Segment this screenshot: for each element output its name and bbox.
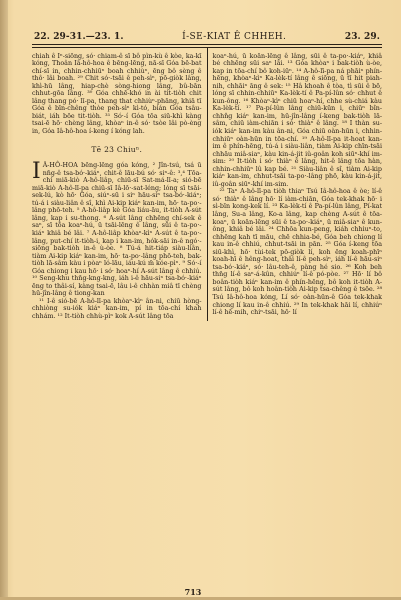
running-head-right-reference: 23. 29.	[345, 32, 380, 42]
drop-cap: I	[32, 163, 41, 181]
verse-paragraph-23-22: ²² Taⁿ A-hô-lī-pa tiòh thiaⁿ Tsú Iâ-hô-h…	[213, 188, 383, 316]
book-spine-shadow	[0, 0, 8, 600]
running-head-left-reference: 22. 29-31.—23. 1.	[34, 32, 124, 42]
verse-paragraph-23-11: ¹¹ I-ê sió-bē A-hô-lī-pa khòaⁿ-kìⁿ ân-ni…	[32, 298, 202, 321]
verse-paragraph-22-28: chiah ê Iⁿ-siōng, só· chiam-ê sī bô pìn-…	[32, 53, 202, 136]
chapter-heading: Tē 23 Chiuⁿ.	[32, 146, 202, 154]
left-column: chiah ê Iⁿ-siōng, só· chiam-ê sī bô pìn-…	[32, 48, 207, 321]
right-column: koaⁿ-hú, ū koān-lēng ê lâng, sūi ê ta-po…	[207, 48, 383, 321]
verse-paragraph-23-12: koaⁿ-hú, ū koān-lēng ê lâng, sūi ê ta-po…	[213, 53, 383, 189]
running-head-book-title: Í-SE-KIAT Ê CHHEH.	[182, 32, 286, 42]
chapter-23-opening: IÂ-HÔ-HOA bēng-lēng góa kóng, ² Jîn-tsú,…	[32, 162, 202, 298]
bible-page: 22. 29-31.—23. 1. Í-SE-KIAT Ê CHHEH. 23.…	[32, 32, 382, 321]
running-head: 22. 29-31.—23. 1. Í-SE-KIAT Ê CHHEH. 23.…	[32, 32, 382, 44]
page-number: 713	[0, 587, 401, 597]
verse-paragraph-23-1: Â-HÔ-HOA bēng-lēng góa kóng, ² Jîn-tsú, …	[32, 162, 202, 297]
two-column-body: chiah ê Iⁿ-siōng, só· chiam-ê sī bô pìn-…	[32, 48, 382, 321]
